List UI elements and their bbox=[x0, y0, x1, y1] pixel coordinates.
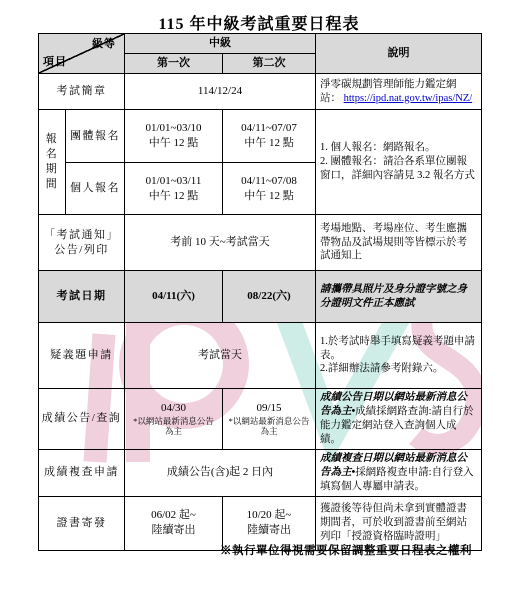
exam-date-label: 考試日期 bbox=[39, 271, 125, 323]
notes-header: 說明 bbox=[316, 34, 482, 74]
session1-header: 第一次 bbox=[125, 54, 223, 74]
exam-notice-label: 「考試通知」 公告/列印 bbox=[39, 215, 125, 271]
individual-registration-first-date: 01/01~03/11 中午 12 點 bbox=[125, 163, 223, 215]
exam-date-second: 08/22(六) bbox=[223, 271, 316, 323]
registration-period-label: 報 名 期 間 bbox=[39, 110, 66, 215]
row-score-recheck: 成績複查申請 成績公告(含)起 2 日內 成績複查日期以網站最新消息公告為主•採… bbox=[39, 449, 482, 496]
schedule-table: 級等 項目 中級 說明 第一次 第二次 考試簡章 114/12/24 淨零碳規劃… bbox=[38, 33, 482, 551]
individual-registration-second-date: 04/11~07/08 中午 12 點 bbox=[223, 163, 316, 215]
corner-cell: 級等 項目 bbox=[39, 34, 125, 74]
group-registration-second-date: 04/11~07/07 中午 12 點 bbox=[223, 110, 316, 163]
ipas-site-link[interactable]: https://ipd.nat.gov.tw/ipas/NZ/ bbox=[344, 93, 473, 104]
question-appeal-date: 考試當天 bbox=[125, 323, 316, 389]
header-row-1: 級等 項目 中級 說明 bbox=[39, 34, 482, 54]
schedule-page: 115 年中級考試重要日程表 級等 項目 中級 說明 bbox=[0, 0, 518, 599]
row-brochure: 考試簡章 114/12/24 淨零碳規劃管理師能力鑑定網站： https://i… bbox=[39, 74, 482, 110]
corner-item-label: 項目 bbox=[43, 55, 67, 70]
page-title: 115 年中級考試重要日程表 bbox=[0, 11, 518, 34]
row-certificate: 證書寄發 06/02 起~ 陸續寄出 10/20 起~ 陸續寄出 獲證後等待但尚… bbox=[39, 496, 482, 550]
score-announce-first-note: *以網站最新消息公告 為主 bbox=[127, 416, 220, 437]
exam-notice-date: 考前 10 天~考試當天 bbox=[125, 215, 316, 271]
score-recheck-label: 成績複查申請 bbox=[39, 449, 125, 496]
certificate-first-date: 06/02 起~ 陸續寄出 bbox=[125, 496, 223, 550]
question-appeal-label: 疑義題申請 bbox=[39, 323, 125, 389]
question-appeal-note-line2: 2.詳細辦法請參考附錄六。 bbox=[320, 362, 477, 376]
brochure-note: 淨零碳規劃管理師能力鑑定網站： https://ipd.nat.gov.tw/i… bbox=[316, 74, 482, 110]
row-exam-date: 考試日期 04/11(六) 08/22(六) 請攜帶具照片及身分證字號之身分證明… bbox=[39, 271, 482, 323]
question-appeal-note: 1.於考試時舉手填寫疑義考題申請表。 2.詳細辦法請參考附錄六。 bbox=[316, 323, 482, 389]
row-question-appeal: 疑義題申請 考試當天 1.於考試時舉手填寫疑義考題申請表。 2.詳細辦法請參考附… bbox=[39, 323, 482, 389]
score-recheck-date: 成績公告(含)起 2 日內 bbox=[125, 449, 316, 496]
score-announce-note: 成績公告日期以網站最新消息公告為主•成績採網路查詢:請自行於能力鑑定網站登入查詢… bbox=[316, 389, 482, 450]
row-score-announce: 成績公告/查詢 04/30 *以網站最新消息公告 為主 09/15 *以網站最新… bbox=[39, 389, 482, 450]
registration-note: 1. 個人報名：網路報名。 2. 團體報名：請洽各系單位團報窗口，詳細內容請見 … bbox=[316, 110, 482, 215]
group-registration-label: 團體報名 bbox=[66, 110, 125, 163]
exam-notice-note: 考場地點、考場座位、考生應攜帶物品及試場規則等皆標示於考試通知上 bbox=[316, 215, 482, 271]
group-registration-first-date: 01/01~03/10 中午 12 點 bbox=[125, 110, 223, 163]
exam-date-note: 請攜帶具照片及身分證字號之身分證明文件正本應試 bbox=[316, 271, 482, 323]
question-appeal-note-line1: 1.於考試時舉手填寫疑義考題申請表。 bbox=[320, 335, 477, 363]
score-announce-label: 成績公告/查詢 bbox=[39, 389, 125, 450]
certificate-note: 獲證後等待但尚未拿到實體證書期間者，可於收到證書前至網站列印「授證資格臨時證明」 bbox=[316, 496, 482, 550]
score-announce-first-date: 04/30 bbox=[161, 402, 186, 414]
level-header: 中級 bbox=[125, 34, 316, 54]
row-exam-notice: 「考試通知」 公告/列印 考前 10 天~考試當天 考場地點、考場座位、考生應攜… bbox=[39, 215, 482, 271]
corner-level-label: 級等 bbox=[92, 37, 116, 52]
score-announce-second: 09/15 *以網站最新消息公告 為主 bbox=[223, 389, 316, 450]
brochure-label: 考試簡章 bbox=[39, 74, 125, 110]
certificate-label: 證書寄發 bbox=[39, 496, 125, 550]
brochure-date: 114/12/24 bbox=[125, 74, 316, 110]
row-group-registration: 報 名 期 間 團體報名 01/01~03/10 中午 12 點 04/11~0… bbox=[39, 110, 482, 163]
exam-date-first: 04/11(六) bbox=[125, 271, 223, 323]
score-announce-first: 04/30 *以網站最新消息公告 為主 bbox=[125, 389, 223, 450]
registration-note-line2: 2. 團體報名：請洽各系單位團報窗口，詳細內容請見 3.2 報名方式 bbox=[320, 155, 477, 183]
individual-registration-label: 個人報名 bbox=[66, 163, 125, 215]
session2-header: 第二次 bbox=[223, 54, 316, 74]
score-announce-second-note: *以網站最新消息公告 為主 bbox=[225, 416, 313, 437]
registration-note-line1: 1. 個人報名：網路報名。 bbox=[320, 141, 477, 155]
score-announce-second-date: 09/15 bbox=[256, 402, 281, 414]
certificate-second-date: 10/20 起~ 陸續寄出 bbox=[223, 496, 316, 550]
score-recheck-note: 成績複查日期以網站最新消息公告為主•採網路複查申請:自行登入填寫個人專屬申請表。 bbox=[316, 449, 482, 496]
